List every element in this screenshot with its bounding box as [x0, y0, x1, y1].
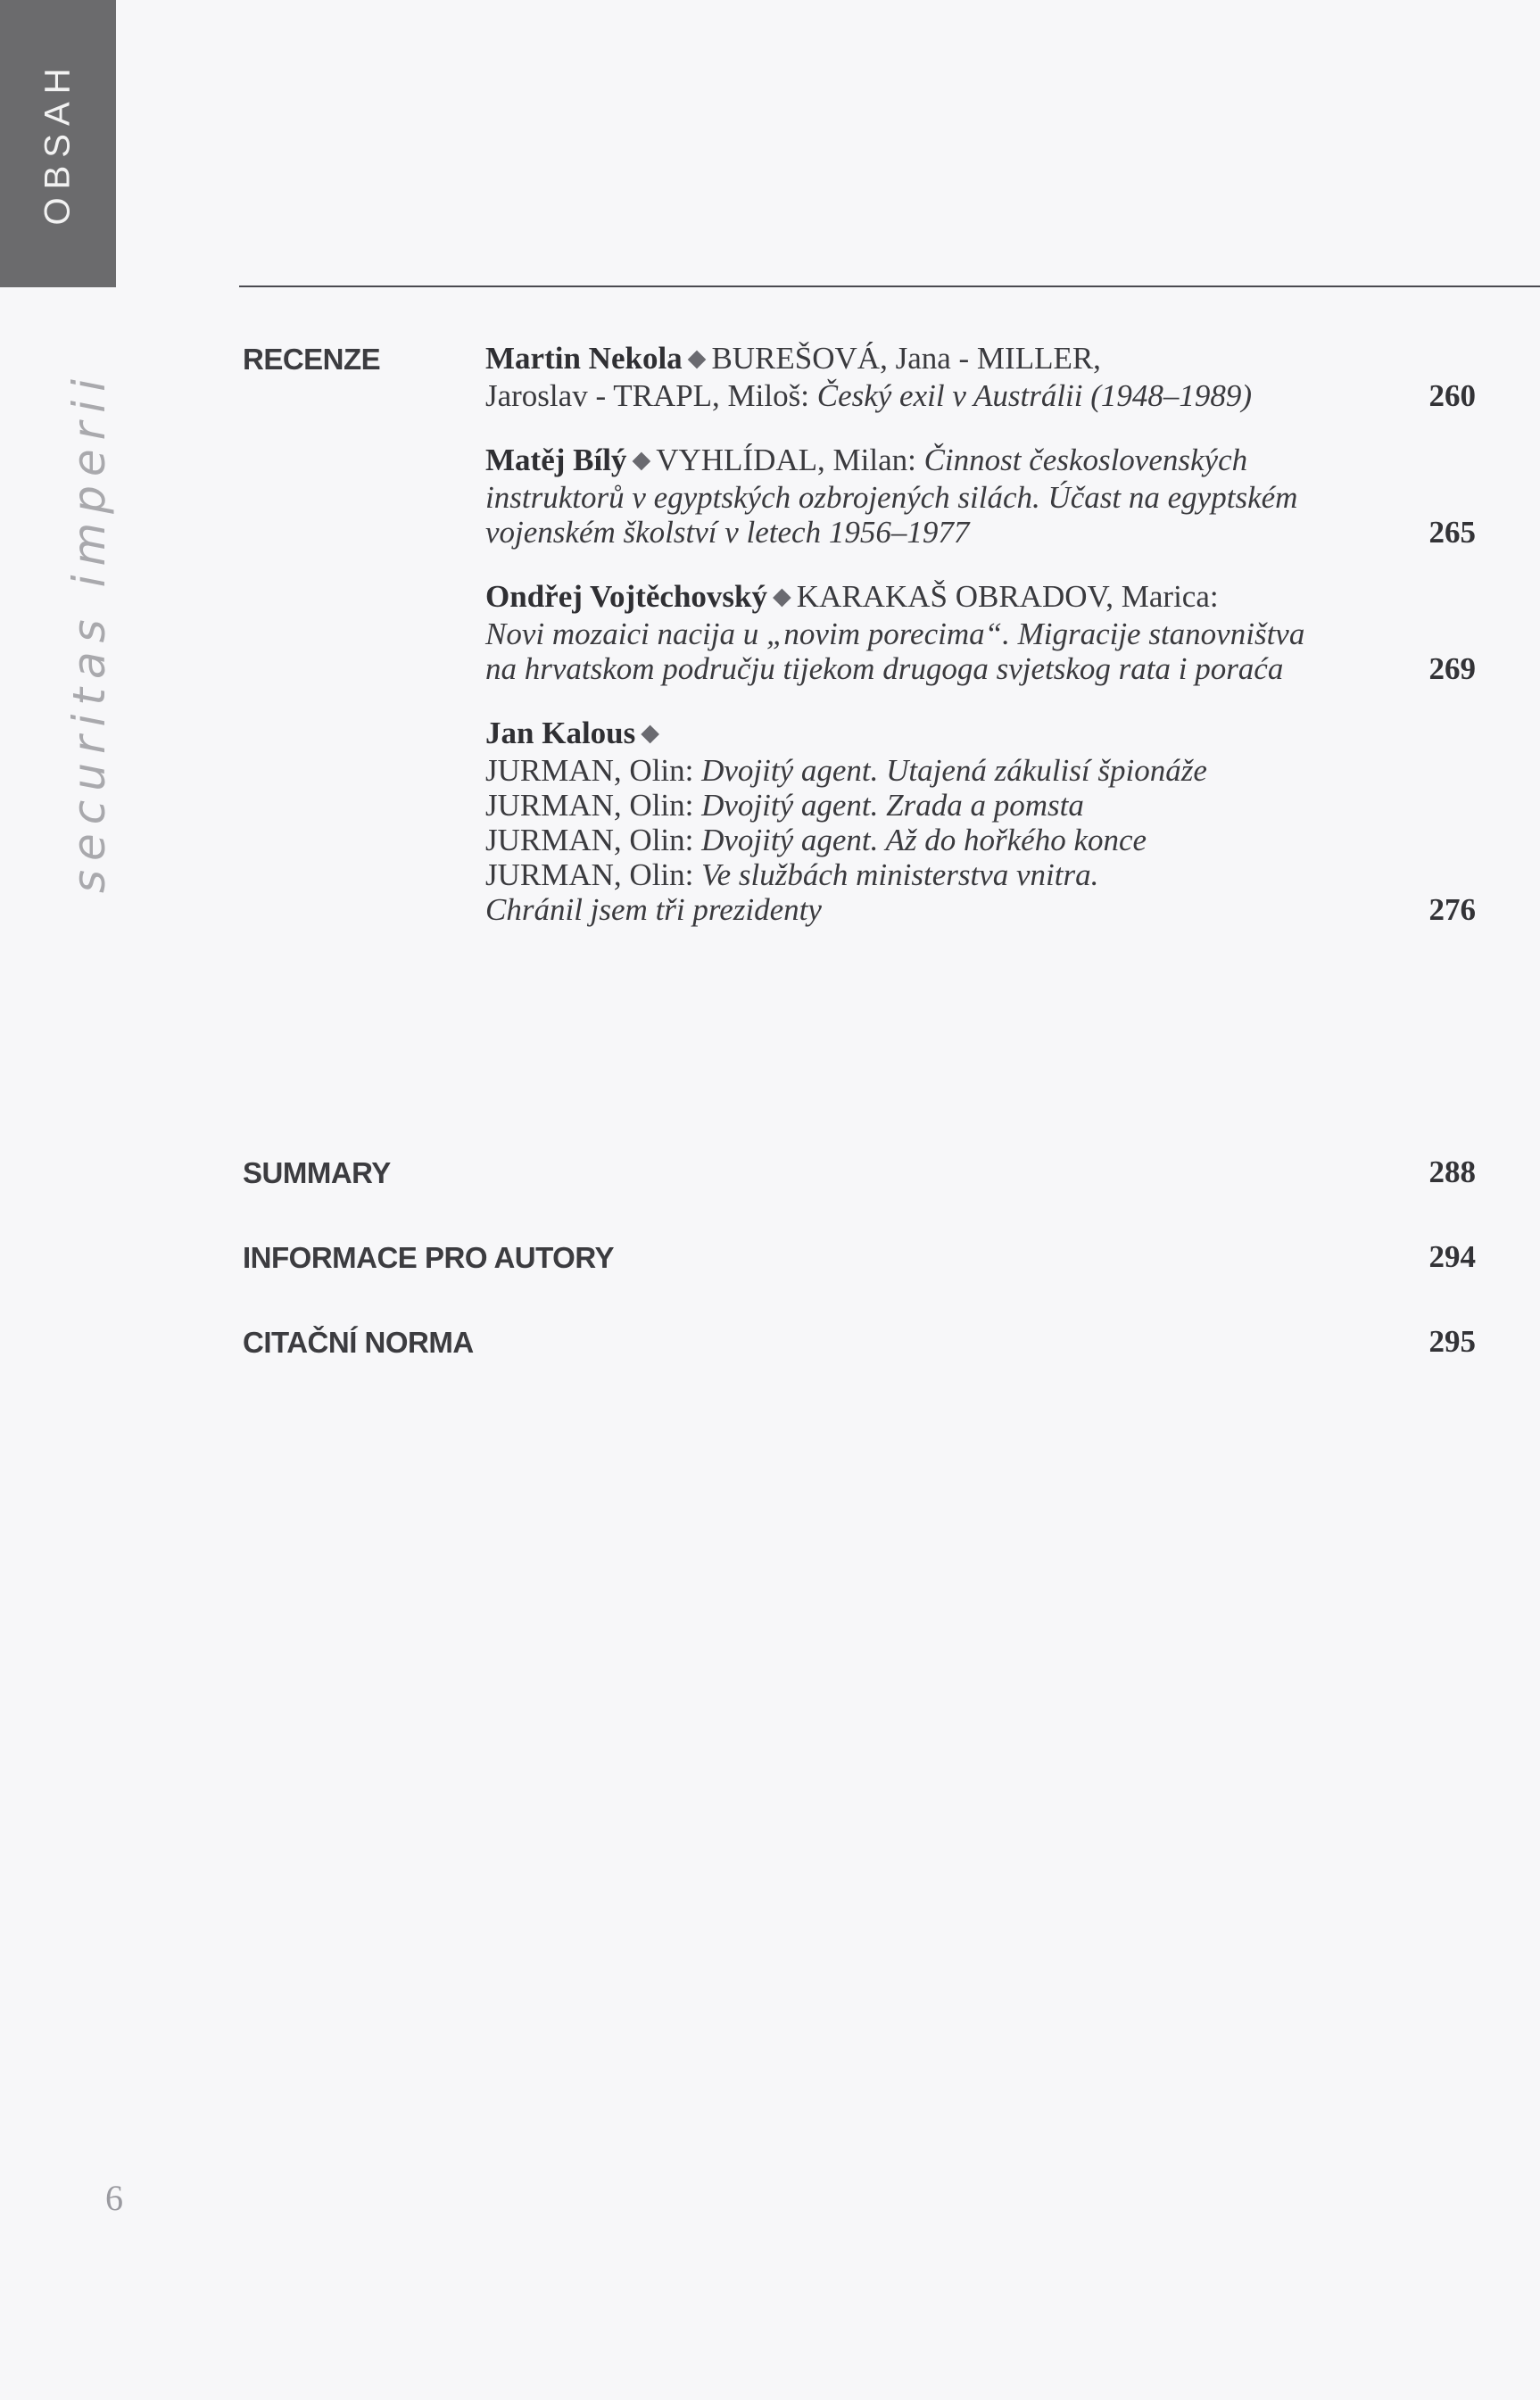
- section-label: INFORMACE PRO AUTORY: [243, 1241, 614, 1275]
- section-page-number: 295: [1429, 1324, 1477, 1360]
- page-number: 6: [105, 2177, 123, 2219]
- entry-line: Novi mozaici nacija u „novim porecima“. …: [485, 617, 1476, 651]
- toc-entry[interactable]: Ondřej Vojtěchovský◆KARAKAŠ OBRADOV, Mar…: [485, 579, 1476, 686]
- entry-line: Ondřej Vojtěchovský◆KARAKAŠ OBRADOV, Mar…: [485, 579, 1476, 617]
- entry-page-number: 260: [1429, 378, 1477, 413]
- entry-text: JURMAN, Olin:: [485, 753, 701, 788]
- entry-line: na hrvatskom području tijekom drugoga sv…: [485, 651, 1476, 686]
- entry-line: Chránil jsem tři prezidenty: [485, 892, 1476, 927]
- entry-author: Matěj Bílý: [485, 443, 626, 477]
- entry-line: JURMAN, Olin: Dvojitý agent. Až do hořké…: [485, 823, 1476, 857]
- section-label-reviews: RECENZE: [243, 343, 380, 377]
- entry-text: JURMAN, Olin:: [485, 788, 701, 823]
- entry-title: Ve službách ministerstva vnitra.: [701, 857, 1098, 892]
- diamond-icon: ◆: [688, 344, 707, 371]
- header-rule: [239, 286, 1540, 287]
- entry-line: JURMAN, Olin: Ve službách ministerstva v…: [485, 857, 1476, 892]
- entry-line: Martin Nekola◆BUREŠOVÁ, Jana - MILLER,: [485, 341, 1476, 378]
- toc-section-summary[interactable]: SUMMARY 288: [243, 1156, 1476, 1192]
- entry-author: Martin Nekola: [485, 341, 683, 376]
- entry-page-number: 276: [1429, 892, 1477, 927]
- journal-name: securitas imperii: [63, 370, 115, 893]
- entry-title: Činnost československých: [924, 443, 1248, 477]
- entry-line: vojenském školství v letech 1956–1977: [485, 515, 1476, 550]
- toc-entry[interactable]: Matěj Bílý◆VYHLÍDAL, Milan: Činnost česk…: [485, 443, 1476, 550]
- toc-entry[interactable]: Martin Nekola◆BUREŠOVÁ, Jana - MILLER, J…: [485, 341, 1476, 413]
- diamond-icon: ◆: [632, 446, 650, 473]
- toc-section-citation-norm[interactable]: CITAČNÍ NORMA 295: [243, 1326, 1476, 1361]
- entry-text: VYHLÍDAL, Milan:: [656, 443, 923, 477]
- diamond-icon: ◆: [773, 583, 791, 609]
- section-page-number: 294: [1429, 1239, 1477, 1275]
- entry-author: Ondřej Vojtěchovský: [485, 579, 767, 614]
- entry-line: instruktorů v egyptských ozbrojených sil…: [485, 480, 1476, 515]
- entry-title: Dvojitý agent. Utajená zákulisí špionáže: [701, 753, 1207, 788]
- entry-text: JURMAN, Olin:: [485, 823, 701, 857]
- reviews-list: Martin Nekola◆BUREŠOVÁ, Jana - MILLER, J…: [485, 341, 1476, 956]
- entry-line: JURMAN, Olin: Dvojitý agent. Utajená zák…: [485, 753, 1476, 788]
- entry-text: BUREŠOVÁ, Jana - MILLER,: [711, 341, 1101, 376]
- entry-text: JURMAN, Olin:: [485, 857, 701, 892]
- entry-title: Dvojitý agent. Zrada a pomsta: [701, 788, 1084, 823]
- diamond-icon: ◆: [641, 719, 659, 746]
- entry-page-number: 265: [1429, 515, 1477, 550]
- entry-author: Jan Kalous: [485, 716, 635, 750]
- entry-line: JURMAN, Olin: Dvojitý agent. Zrada a pom…: [485, 788, 1476, 823]
- entry-line: Jan Kalous◆: [485, 716, 1476, 753]
- side-tab-label: OBSAH: [38, 60, 79, 225]
- entry-page-number: 269: [1429, 651, 1477, 686]
- section-label: CITAČNÍ NORMA: [243, 1326, 474, 1360]
- entry-text: KARAKAŠ OBRADOV, Marica:: [797, 579, 1219, 614]
- entry-line: Jaroslav - TRAPL, Miloš: Český exil v Au…: [485, 378, 1476, 413]
- side-tab: OBSAH: [0, 0, 116, 287]
- entry-line: Matěj Bílý◆VYHLÍDAL, Milan: Činnost česk…: [485, 443, 1476, 480]
- entry-title: Český exil v Austrálii (1948–1989): [817, 378, 1252, 413]
- entry-text: Jaroslav - TRAPL, Miloš:: [485, 378, 817, 413]
- section-page-number: 288: [1429, 1154, 1477, 1190]
- toc-section-author-info[interactable]: INFORMACE PRO AUTORY 294: [243, 1241, 1476, 1277]
- section-label: SUMMARY: [243, 1156, 391, 1190]
- entry-title: Dvojitý agent. Až do hořkého konce: [701, 823, 1147, 857]
- toc-entry[interactable]: Jan Kalous◆ JURMAN, Olin: Dvojitý agent.…: [485, 716, 1476, 927]
